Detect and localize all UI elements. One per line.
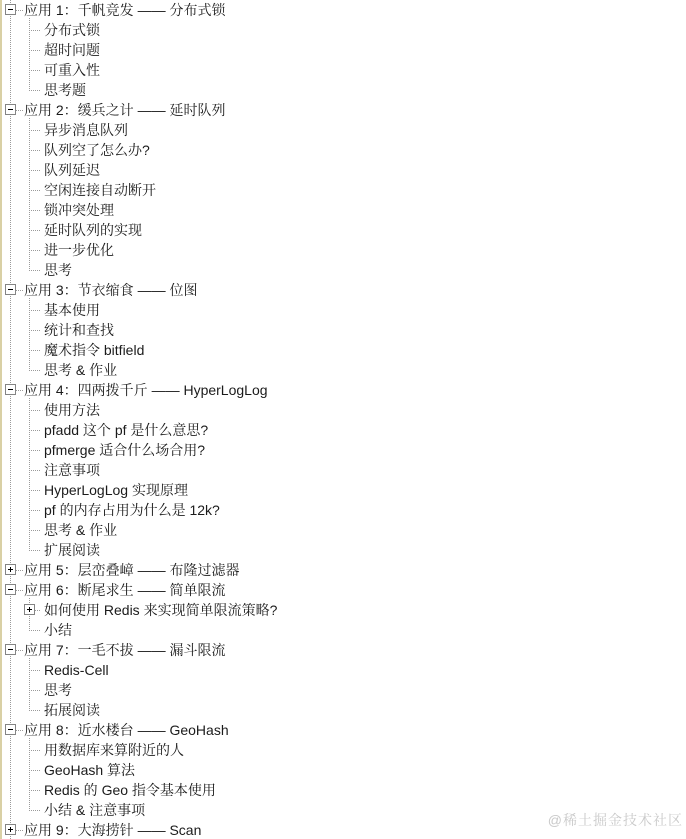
tree-node-row: 扩展阅读 xyxy=(0,540,686,560)
tree-node-label[interactable]: 统计和查找 xyxy=(44,320,114,340)
tree-node-row: pfmerge 适合什么场合用? xyxy=(0,440,686,460)
tree-node-row: 应用 1：千帆竞发 —— 分布式锁 xyxy=(0,0,686,20)
tree-node-row: Redis-Cell xyxy=(0,660,686,680)
tree-node-row: 基本使用 xyxy=(0,300,686,320)
tree-node-label[interactable]: pfmerge 适合什么场合用? xyxy=(44,440,205,460)
tree-node-label[interactable]: 分布式锁 xyxy=(44,20,100,40)
expand-toggle-icon[interactable] xyxy=(24,604,35,615)
tree-node-label[interactable]: 使用方法 xyxy=(44,400,100,420)
tree-node-label[interactable]: 应用 1：千帆竞发 —— 分布式锁 xyxy=(24,0,225,20)
tree-node-label[interactable]: 应用 7：一毛不拔 —— 漏斗限流 xyxy=(24,640,225,660)
tree-node-row: 应用 3：节衣缩食 —— 位图 xyxy=(0,280,686,300)
tree-node-row: 思考题 xyxy=(0,80,686,100)
tree-node-row: 应用 7：一毛不拔 —— 漏斗限流 xyxy=(0,640,686,660)
tree-node-label[interactable]: 扩展阅读 xyxy=(44,540,100,560)
tree-node-label[interactable]: pf 的内存占用为什么是 12k? xyxy=(44,500,220,520)
tree-node-row: 注意事项 xyxy=(0,460,686,480)
tree-node-row: GeoHash 算法 xyxy=(0,760,686,780)
tree-node-row: 队列空了怎么办? xyxy=(0,140,686,160)
tree-node-label[interactable]: 队列空了怎么办? xyxy=(44,140,150,160)
tree-node-row: 应用 6：断尾求生 —— 简单限流 xyxy=(0,580,686,600)
tree-node-row: pfadd 这个 pf 是什么意思? xyxy=(0,420,686,440)
tree-node-row: 思考 xyxy=(0,260,686,280)
tree-node-row: 应用 5：层峦叠嶂 —— 布隆过滤器 xyxy=(0,560,686,580)
expand-toggle-icon[interactable] xyxy=(5,564,16,575)
tree-node-label[interactable]: 应用 6：断尾求生 —— 简单限流 xyxy=(24,580,225,600)
tree-node-label[interactable]: 应用 8：近水楼台 —— GeoHash xyxy=(24,720,229,740)
tree-node-row: 超时问题 xyxy=(0,40,686,60)
tree-node-label[interactable]: 思考 & 作业 xyxy=(44,520,117,540)
tree-node-row: 异步消息队列 xyxy=(0,120,686,140)
tree-node-label[interactable]: 魔术指令 bitfield xyxy=(44,340,144,360)
tree-node-row: 空闲连接自动断开 xyxy=(0,180,686,200)
tree-node-row: 锁冲突处理 xyxy=(0,200,686,220)
tree-node-row: 思考 & 作业 xyxy=(0,520,686,540)
tree-node-label[interactable]: 如何使用 Redis 来实现简单限流策略? xyxy=(44,600,277,620)
tree-node-label[interactable]: HyperLogLog 实现原理 xyxy=(44,480,188,500)
tree-node-row: 分布式锁 xyxy=(0,20,686,40)
tree-node-row: 用数据库来算附近的人 xyxy=(0,740,686,760)
tree-node-row: 统计和查找 xyxy=(0,320,686,340)
tree-node-label[interactable]: 思考 xyxy=(44,260,72,280)
tree-node-row: 延时队列的实现 xyxy=(0,220,686,240)
tree-node-label[interactable]: 应用 2：缓兵之计 —— 延时队列 xyxy=(24,100,225,120)
tree-node-row: Redis 的 Geo 指令基本使用 xyxy=(0,780,686,800)
tree-node-row: 应用 4：四两拨千斤 —— HyperLogLog xyxy=(0,380,686,400)
tree-node-label[interactable]: 思考题 xyxy=(44,80,86,100)
tree-node-row: 可重入性 xyxy=(0,60,686,80)
tree-node-label[interactable]: 注意事项 xyxy=(44,460,100,480)
tree-node-row: 进一步优化 xyxy=(0,240,686,260)
tree-node-row: 小结 xyxy=(0,620,686,640)
tree-node-label[interactable]: 小结 xyxy=(44,620,72,640)
tree-node-label[interactable]: 空闲连接自动断开 xyxy=(44,180,156,200)
watermark: @稀土掘金技术社区 xyxy=(548,810,683,830)
tree-node-row: 思考 & 作业 xyxy=(0,360,686,380)
tree-node-row: 魔术指令 bitfield xyxy=(0,340,686,360)
collapse-toggle-icon[interactable] xyxy=(5,284,16,295)
tree-node-label[interactable]: pfadd 这个 pf 是什么意思? xyxy=(44,420,208,440)
collapse-toggle-icon[interactable] xyxy=(5,724,16,735)
tree-node-label[interactable]: 用数据库来算附近的人 xyxy=(44,740,184,760)
tree-node-label[interactable]: 超时问题 xyxy=(44,40,100,60)
tree-node-label[interactable]: 思考 xyxy=(44,680,72,700)
collapse-toggle-icon[interactable] xyxy=(5,104,16,115)
tree-node-label[interactable]: 应用 9：大海捞针 —— Scan xyxy=(24,820,201,839)
tree-node-label[interactable]: 应用 5：层峦叠嶂 —— 布隆过滤器 xyxy=(24,560,239,580)
tree-node-row: HyperLogLog 实现原理 xyxy=(0,480,686,500)
tree-node-label[interactable]: 异步消息队列 xyxy=(44,120,128,140)
tree-node-label[interactable]: 拓展阅读 xyxy=(44,700,100,720)
toc-panel: 应用 1：千帆竞发 —— 分布式锁 分布式锁 超时问题 可重入性 思考题 应用 … xyxy=(0,0,686,839)
tree-node-row: 拓展阅读 xyxy=(0,700,686,720)
toc-tree: 应用 1：千帆竞发 —— 分布式锁 分布式锁 超时问题 可重入性 思考题 应用 … xyxy=(0,0,686,839)
tree-node-label[interactable]: 应用 3：节衣缩食 —— 位图 xyxy=(24,280,197,300)
tree-node-label[interactable]: 应用 4：四两拨千斤 —— HyperLogLog xyxy=(24,380,268,400)
collapse-toggle-icon[interactable] xyxy=(5,644,16,655)
tree-node-label[interactable]: 可重入性 xyxy=(44,60,100,80)
tree-node-row: pf 的内存占用为什么是 12k? xyxy=(0,500,686,520)
tree-node-row: 如何使用 Redis 来实现简单限流策略? xyxy=(0,600,686,620)
tree-node-label[interactable]: GeoHash 算法 xyxy=(44,760,135,780)
collapse-toggle-icon[interactable] xyxy=(5,584,16,595)
tree-node-label[interactable]: 小结 & 注意事项 xyxy=(44,800,145,820)
tree-node-row: 应用 8：近水楼台 —— GeoHash xyxy=(0,720,686,740)
tree-node-row: 思考 xyxy=(0,680,686,700)
tree-node-label[interactable]: 基本使用 xyxy=(44,300,100,320)
tree-node-label[interactable]: 锁冲突处理 xyxy=(44,200,114,220)
tree-node-label[interactable]: Redis 的 Geo 指令基本使用 xyxy=(44,780,216,800)
tree-node-row: 应用 2：缓兵之计 —— 延时队列 xyxy=(0,100,686,120)
tree-node-label[interactable]: 进一步优化 xyxy=(44,240,114,260)
collapse-toggle-icon[interactable] xyxy=(5,384,16,395)
expand-toggle-icon[interactable] xyxy=(5,824,16,835)
tree-node-row: 队列延迟 xyxy=(0,160,686,180)
tree-node-label[interactable]: 队列延迟 xyxy=(44,160,100,180)
tree-node-label[interactable]: 延时队列的实现 xyxy=(44,220,142,240)
tree-node-label[interactable]: Redis-Cell xyxy=(44,660,109,680)
collapse-toggle-icon[interactable] xyxy=(5,4,16,15)
tree-node-row: 使用方法 xyxy=(0,400,686,420)
tree-node-label[interactable]: 思考 & 作业 xyxy=(44,360,117,380)
